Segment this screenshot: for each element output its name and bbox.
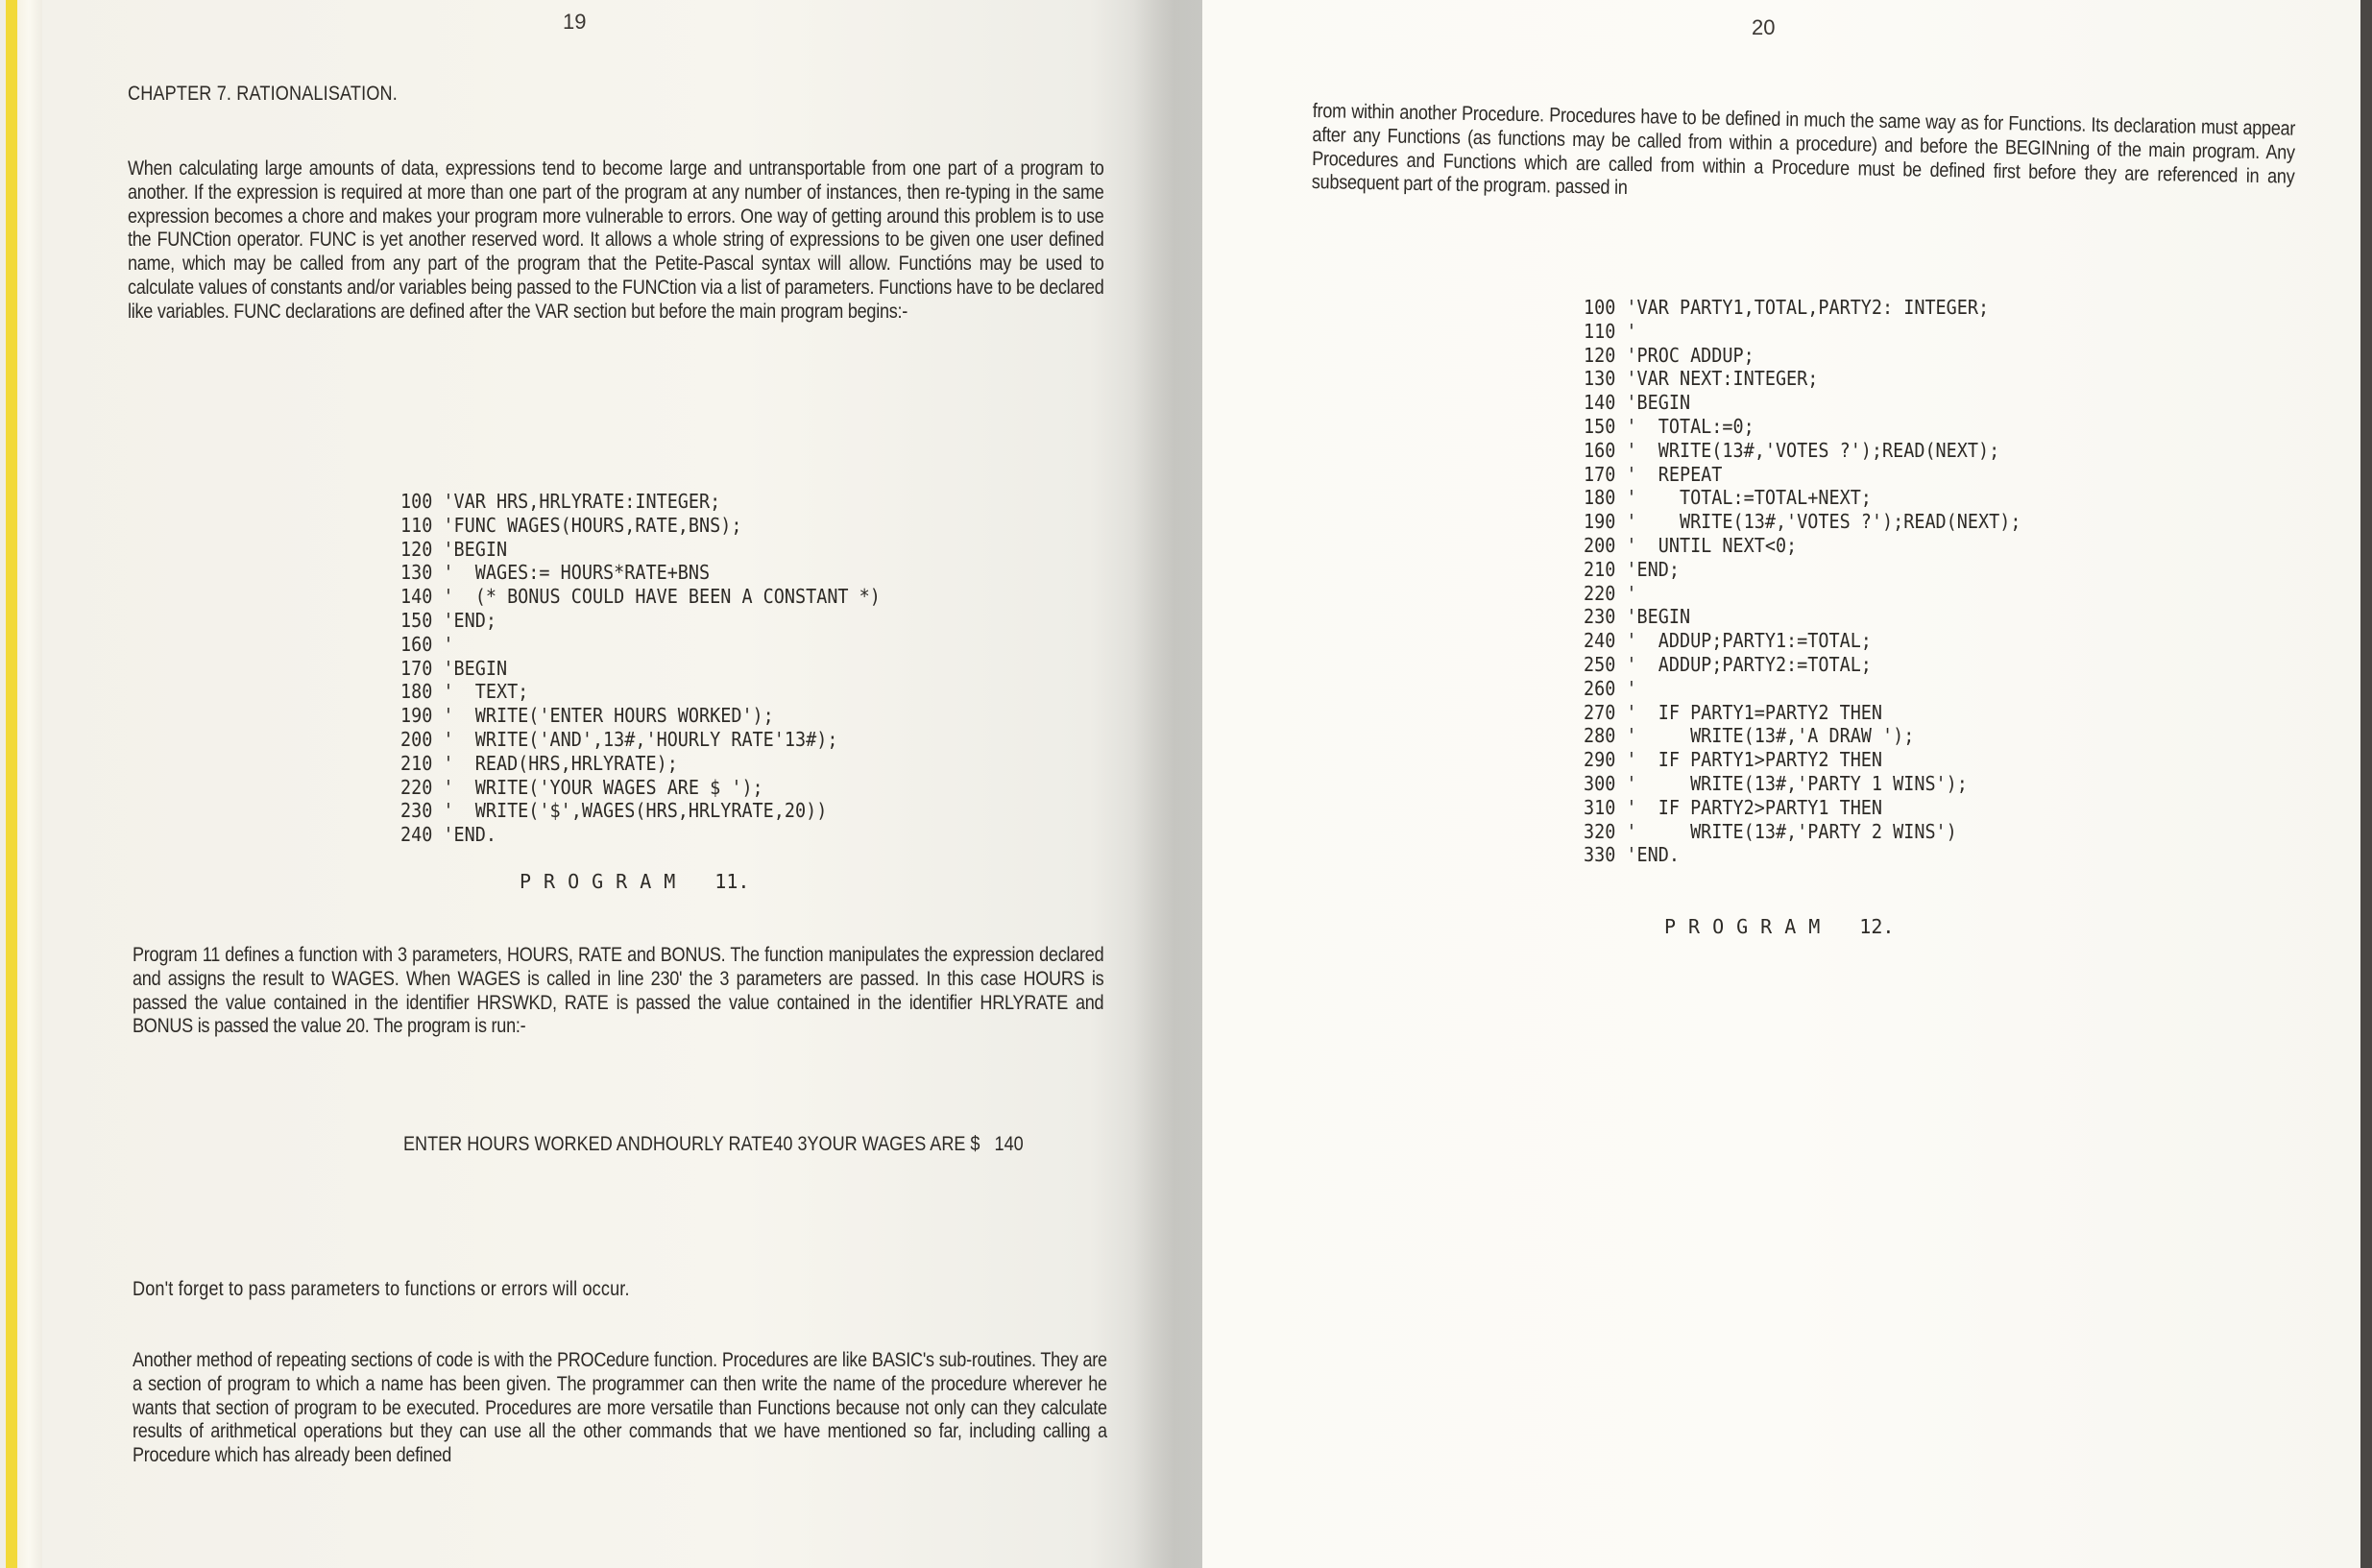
- code-line: 320 ' WRITE(13#,'PARTY 2 WINS'): [1584, 820, 2021, 844]
- code-line: 330 'END.: [1584, 843, 2021, 867]
- code-line: 300 ' WRITE(13#,'PARTY 1 WINS');: [1584, 772, 2021, 796]
- program-run-output: ENTER HOURS WORKED ANDHOURLY RATE40 3YOU…: [403, 1133, 1024, 1157]
- code-line: 280 ' WRITE(13#,'A DRAW ');: [1584, 724, 2021, 748]
- page-number-right: 20: [1752, 15, 1775, 40]
- output-line: HOURLY RATE: [653, 1133, 773, 1155]
- caption-word: PROGRAM: [1664, 915, 1832, 938]
- chapter-heading: CHAPTER 7. RATIONALISATION.: [128, 83, 398, 106]
- output-line: 40 3: [773, 1133, 807, 1155]
- gutter-shadow: [1133, 0, 1202, 1568]
- program-12-caption: PROGRAM12.: [1664, 915, 1894, 938]
- code-line: 310 ' IF PARTY2>PARTY1 THEN: [1584, 796, 2021, 820]
- code-line: 120 'BEGIN: [400, 538, 881, 562]
- paragraph-program-11-explanation: Program 11 defines a function with 3 par…: [133, 944, 1103, 1039]
- code-line: 140 ' (* BONUS COULD HAVE BEEN A CONSTAN…: [400, 585, 881, 609]
- code-line: 240 'END.: [400, 823, 881, 847]
- code-line: 150 ' TOTAL:=0;: [1584, 415, 2021, 439]
- code-line: 180 ' TOTAL:=TOTAL+NEXT;: [1584, 486, 2021, 510]
- output-line: ENTER HOURS WORKED AND: [403, 1133, 653, 1155]
- code-line: 110 ': [1584, 320, 2021, 344]
- output-line: YOUR WAGES ARE $ 140: [807, 1133, 1023, 1155]
- code-line: 260 ': [1584, 677, 2021, 701]
- paragraph-text: from within another Procedure. Procedure…: [1312, 100, 2296, 213]
- code-line: 220 ' WRITE('YOUR WAGES ARE $ ');: [400, 776, 881, 800]
- code-line: 200 ' UNTIL NEXT<0;: [1584, 534, 2021, 558]
- code-line: 230 'BEGIN: [1584, 605, 2021, 629]
- code-line: 170 'BEGIN: [400, 657, 881, 681]
- paragraph-text: Program 11 defines a function with 3 par…: [133, 944, 1103, 1039]
- code-line: 100 'VAR PARTY1,TOTAL,PARTY2: INTEGER;: [1584, 296, 2021, 320]
- program-11-listing: 100 'VAR HRS,HRLYRATE:INTEGER;110 'FUNC …: [400, 490, 881, 847]
- code-line: 230 ' WRITE('$',WAGES(HRS,HRLYRATE,20)): [400, 799, 881, 823]
- paragraph-text: When calculating large amounts of data, …: [128, 157, 1104, 325]
- code-line: 130 'VAR NEXT:INTEGER;: [1584, 367, 2021, 391]
- caption-word: PROGRAM: [520, 870, 688, 893]
- code-line: 140 'BEGIN: [1584, 391, 2021, 415]
- code-line: 210 ' READ(HRS,HRLYRATE);: [400, 752, 881, 776]
- code-line: 190 ' WRITE(13#,'VOTES ?');READ(NEXT);: [1584, 510, 2021, 534]
- code-line: 160 ': [400, 633, 881, 657]
- page-edge-yellow: [6, 0, 17, 1568]
- code-line: 150 'END;: [400, 609, 881, 633]
- code-line: 270 ' IF PARTY1=PARTY2 THEN: [1584, 701, 2021, 725]
- parameter-note: Don't forget to pass parameters to funct…: [133, 1278, 630, 1301]
- right-edge: [2360, 0, 2372, 1568]
- code-line: 100 'VAR HRS,HRLYRATE:INTEGER;: [400, 490, 881, 514]
- paragraph-text: Another method of repeating sections of …: [133, 1349, 1107, 1468]
- code-line: 120 'PROC ADDUP;: [1584, 344, 2021, 368]
- caption-number: 11.: [714, 870, 749, 893]
- code-line: 200 ' WRITE('AND',13#,'HOURLY RATE'13#);: [400, 728, 881, 752]
- code-line: 250 ' ADDUP;PARTY2:=TOTAL;: [1584, 653, 2021, 677]
- code-line: 170 ' REPEAT: [1584, 463, 2021, 487]
- code-line: 160 ' WRITE(13#,'VOTES ?');READ(NEXT);: [1584, 439, 2021, 463]
- caption-number: 12.: [1859, 915, 1894, 938]
- paragraph-procedures-continued: from within another Procedure. Procedure…: [1312, 100, 2296, 213]
- code-line: 290 ' IF PARTY1>PARTY2 THEN: [1584, 748, 2021, 772]
- paragraph-procedures-intro: Another method of repeating sections of …: [133, 1349, 1107, 1468]
- code-line: 180 ' TEXT;: [400, 680, 881, 704]
- page-number-left: 19: [563, 10, 586, 35]
- code-line: 130 ' WAGES:= HOURS*RATE+BNS: [400, 561, 881, 585]
- code-line: 190 ' WRITE('ENTER HOURS WORKED');: [400, 704, 881, 728]
- code-line: 240 ' ADDUP;PARTY1:=TOTAL;: [1584, 629, 2021, 653]
- code-line: 220 ': [1584, 582, 2021, 606]
- program-11-caption: PROGRAM11.: [520, 870, 749, 893]
- code-line: 110 'FUNC WAGES(HOURS,RATE,BNS);: [400, 514, 881, 538]
- code-line: 210 'END;: [1584, 558, 2021, 582]
- paragraph-functions-intro: When calculating large amounts of data, …: [128, 157, 1104, 325]
- program-12-listing: 100 'VAR PARTY1,TOTAL,PARTY2: INTEGER;11…: [1584, 296, 2021, 867]
